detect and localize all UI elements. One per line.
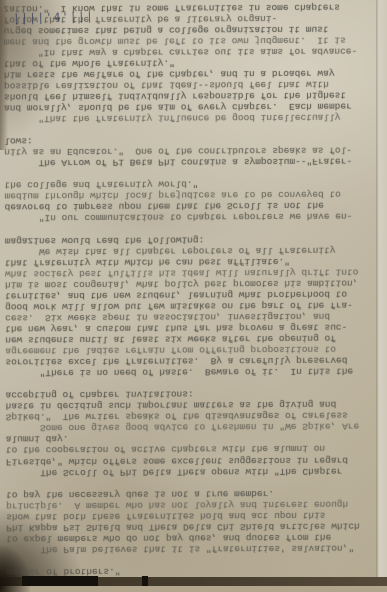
text-line: should feel himself individually respons… (4, 89, 383, 102)
text-line: nity as an Educator." One of the contrib… (4, 145, 383, 158)
text-run: that of the whole fraternity." (4, 57, 175, 69)
text-line: medium through which local prejudices ar… (4, 189, 383, 202)
text-run: Fireside," which offers some excellent s… (6, 454, 348, 467)
text-line: ment and the growth must be left to its … (4, 34, 383, 47)
text-line: The Palm believes that it is "fraterniti… (6, 542, 385, 555)
text-line: "In that way a chapter carries out its a… (4, 45, 383, 58)
text-run: nity as an Educator." One of the contrib… (4, 145, 352, 158)
text-line: the new year, a custom that thus far has… (5, 321, 384, 334)
text-run: opens with "The Chapter (205, 465, 342, 477)
text-line: Some one gives good advice to freshmen i… (6, 421, 385, 434)
text-run: to the cooperation of active chapters wi… (6, 443, 325, 456)
underlined-title: Scroll (227, 200, 261, 212)
underlined-title: Arrow of Pi Beta Phi (61, 156, 175, 169)
text-run: sororities excel the fraternities. By a … (5, 355, 347, 368)
text-run: the college and fraternity world." (4, 179, 198, 191)
text-line: Phi Kappa Psi Shield and Theta Delta Chi… (6, 520, 385, 533)
typewritten-text: manner of brothers." The Palm believes t… (0, 1, 386, 577)
text-run: alumni day. (6, 434, 69, 445)
text-line: cess. Six weeks spent in association, in… (5, 310, 384, 323)
text-run: "In our communications to chapter report… (5, 211, 353, 224)
text-run: The (4, 157, 61, 168)
mirrored-text-area: manner of brothers." The Palm believes t… (0, 1, 386, 577)
text-line: agreement the ladies refrain from offeri… (5, 343, 384, 356)
text-run: ment and the growth must be left to its … (4, 34, 346, 47)
underlined-title: Palm (63, 543, 86, 555)
text-run: is not the (261, 200, 324, 211)
text-line: "In our communications to chapter report… (5, 211, 384, 224)
text-line: "That the fraternity influence be good i… (4, 111, 383, 124)
text-run: show that both these fraternities hold a… (6, 510, 325, 523)
text-run: what society best fulfills his ideal wil… (5, 266, 359, 279)
text-run: articles which (274, 520, 360, 531)
text-run: "That the fraternity influence be good i… (4, 112, 340, 125)
text-run: medium through which local prejudices ar… (4, 189, 340, 202)
page-right-edge (376, 0, 387, 578)
text-run: Some one gives good advice to freshmen i… (6, 421, 360, 434)
text-line: the college and fraternity world." (4, 178, 383, 191)
text-line: Fireside," which offers some excellent s… (6, 454, 385, 467)
scanned-page: manner of brothers." The Palm believes t… (0, 0, 387, 592)
text-line (5, 377, 384, 390)
text-line: to the cooperation of active chapters wi… (6, 443, 385, 456)
text-run: should feel himself individually respons… (4, 90, 346, 103)
text-line (4, 123, 383, 136)
band-black-segment (22, 576, 98, 586)
text-run: "In that way a chapter carries out its a… (4, 45, 358, 58)
text-run: Spiked." The writer speaks of the disadv… (6, 410, 348, 423)
text-run: him is most congenial, what policy best … (5, 277, 359, 290)
text-run: principle. A member who has not loyalty … (6, 498, 348, 511)
underlined-title: Scroll of Phi Delta Theta (63, 465, 206, 478)
underlined-title: Phi Kappa Psi Shield and Theta Delta Chi… (6, 520, 274, 533)
band-black-tick (142, 576, 148, 586)
text-run: possible realization of that ideal--shou… (4, 79, 329, 92)
text-run: the new year, a custom that thus far has… (5, 322, 347, 335)
text-run: accepting of chapter invitations: (6, 389, 194, 401)
text-run: believes that it is "fraternities' salva… (86, 542, 354, 554)
text-run: ternities, and the new student, learning… (5, 288, 347, 301)
text-line: principle. A member who has not loyalty … (6, 498, 385, 511)
text-run: We wish that all chapter reporters of al… (5, 244, 336, 257)
text-line: show that both these fraternities hold a… (6, 509, 385, 522)
text-line: possible realization of that ideal--shou… (4, 78, 383, 91)
text-line: ternities, and the new student, learning… (5, 288, 384, 301)
text-run: contains a symposium--"Frater- (175, 156, 352, 168)
text-line (6, 476, 385, 489)
text-run: The (6, 467, 63, 478)
text-line (5, 222, 384, 235)
text-line: him is most congenial, what policy best … (5, 277, 384, 290)
text-line: Spiked." The writer speaks of the disadv… (6, 410, 385, 423)
text-run: cess. Six weeks spent in association, in… (5, 311, 330, 324)
blue-ink-marks: ||||'4'||| (13, 10, 95, 26)
page-left-edge-shadow (0, 0, 8, 150)
text-line: We wish that all chapter reporters of al… (5, 244, 384, 257)
text-line (6, 553, 385, 566)
bottom-left-dark-corner (0, 546, 30, 592)
text-run: agreement the ladies refrain from offeri… (5, 344, 336, 357)
text-run: lows: (4, 135, 33, 146)
text-line: The Arrow of Pi Beta Phi contains a symp… (4, 156, 383, 169)
text-line: sororities excel the fraternities. By a … (5, 354, 384, 367)
text-line: what society best fulfills his ideal wil… (5, 266, 384, 279)
